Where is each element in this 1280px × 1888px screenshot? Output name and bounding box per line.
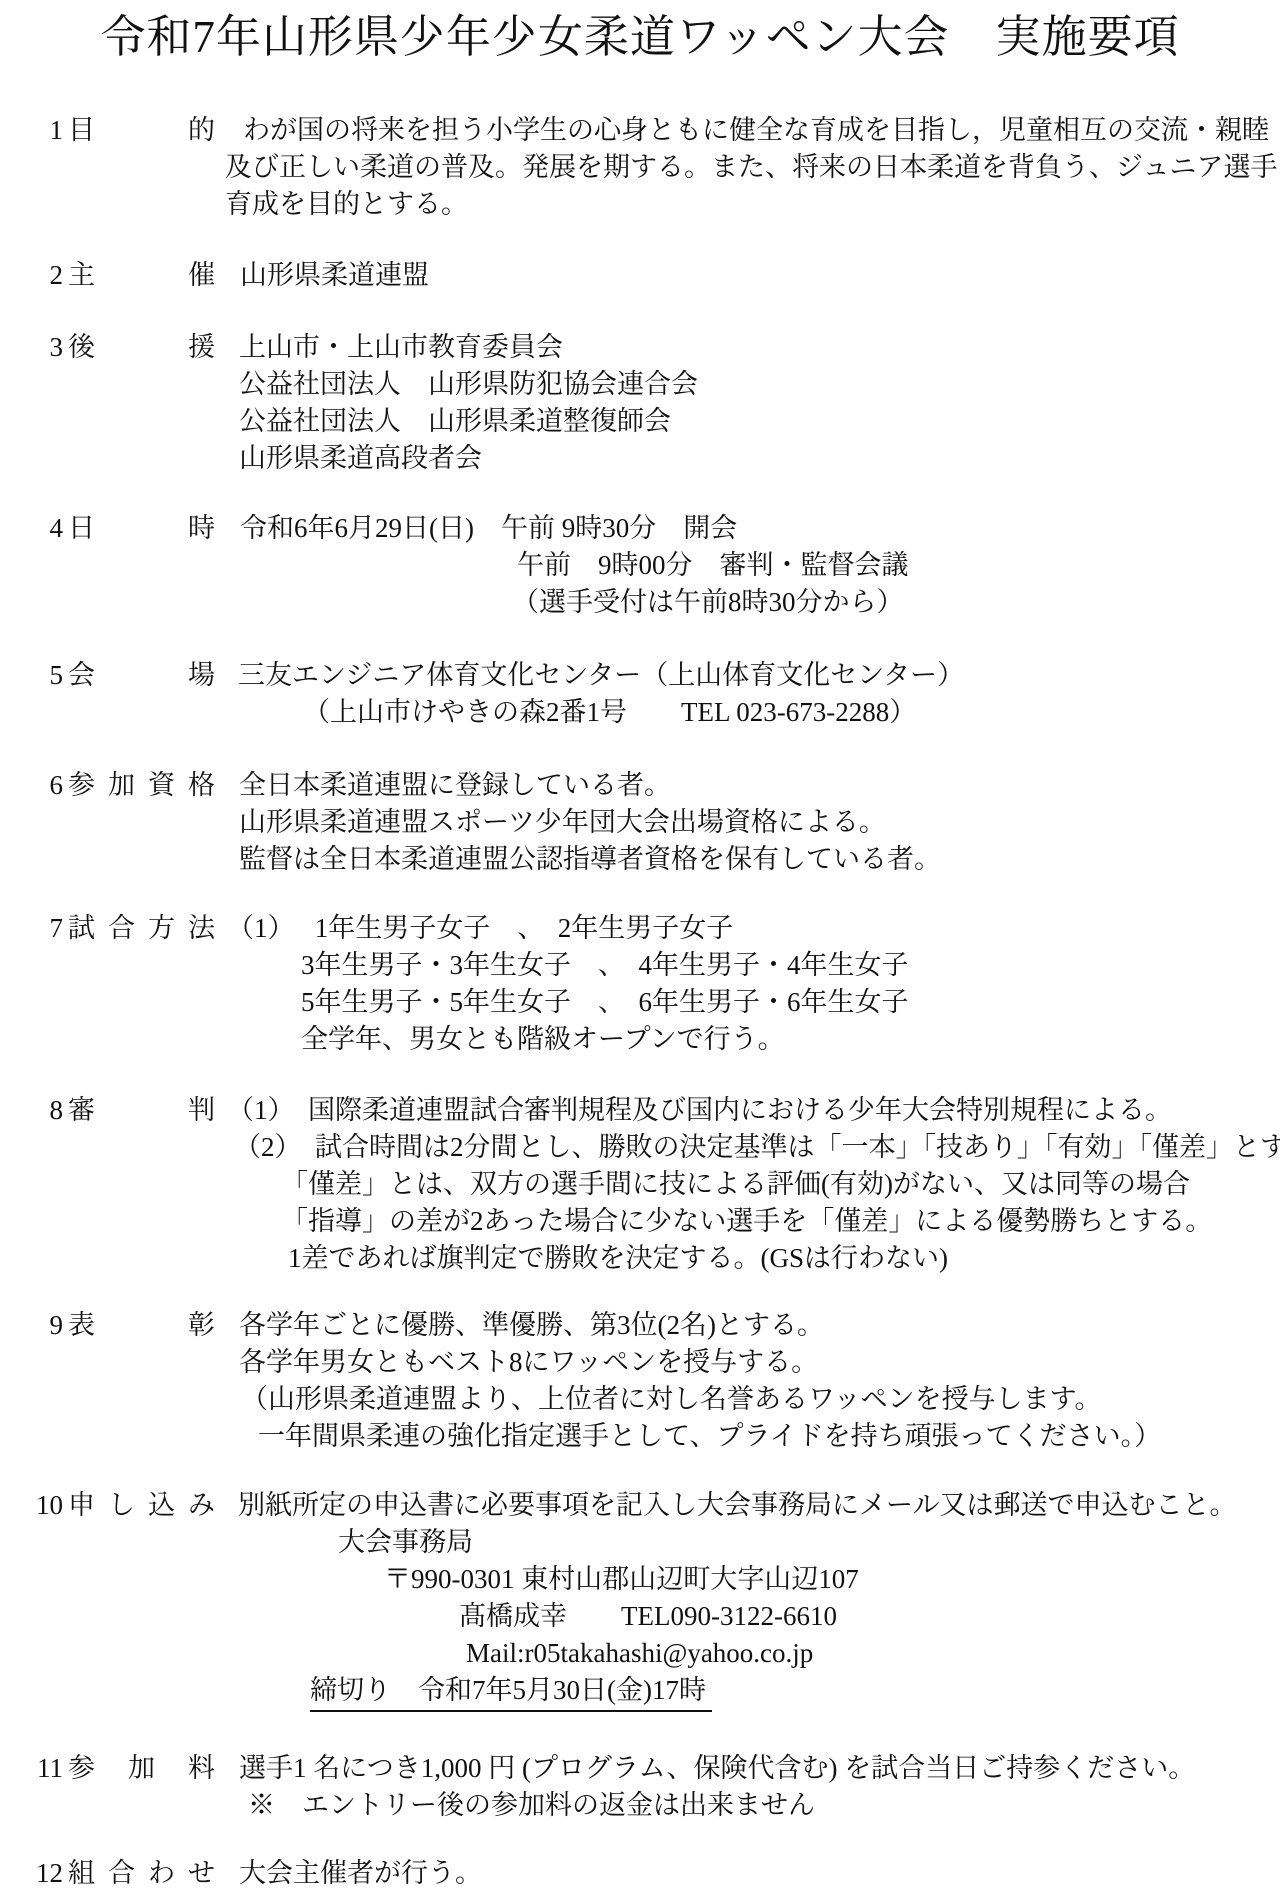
content-line: （1） 国際柔道連盟試合審判規程及び国内における少年大会特別規程による。 xyxy=(225,1092,1280,1129)
section-content: 別紙所定の申込書に必要事項を記入し大会事務局にメール又は郵送で申込むこと。大会事… xyxy=(225,1487,1280,1712)
section-content: 上山市・上山市教育委員会公益社団法人 山形県防犯協会連合会公益社団法人 山形県柔… xyxy=(225,329,1280,477)
section-label: 会場 xyxy=(68,657,215,694)
content-line: （選手受付は午前8時30分から） xyxy=(225,584,1280,621)
section-number: 5 xyxy=(33,657,63,694)
section-3: 3後援上山市・上山市教育委員会公益社団法人 山形県防犯協会連合会公益社団法人 山… xyxy=(33,329,1280,477)
content-line: 午前 9時00分 審判・監督会議 xyxy=(225,547,1280,584)
section-content: （1） 国際柔道連盟試合審判規程及び国内における少年大会特別規程による。（2） … xyxy=(225,1092,1280,1277)
content-line: 各学年男女ともベスト8にワッペンを授与する。 xyxy=(225,1344,1280,1381)
content-line: 髙橋成幸 TEL090-3122-6610 xyxy=(225,1598,1280,1635)
section-content: 全日本柔道連盟に登録している者。山形県柔道連盟スポーツ少年団大会出場資格による。… xyxy=(225,767,1280,878)
section-label: 申し込み xyxy=(68,1487,215,1524)
document-page: 令和7年山形県少年少女柔道ワッペン大会 実施要項 1目的わが国の将来を担う小学生… xyxy=(0,0,1280,1888)
section-content: 各学年ごとに優勝、準優勝、第3位(2名)とする。各学年男女ともベスト8にワッペン… xyxy=(225,1307,1280,1455)
section-number: 3 xyxy=(33,329,63,366)
section-11: 11参加料選手1 名につき1,000 円 (プログラム、保険代含む) を試合当日… xyxy=(33,1750,1280,1824)
content-line: 全学年、男女とも階級オープンで行う。 xyxy=(225,1021,1280,1058)
content-line: ※ エントリー後の参加料の返金は出来ません xyxy=(225,1787,1280,1824)
content-line: 三友エンジニア体育文化センター（上山体育文化センター） xyxy=(225,657,1280,694)
section-number: 2 xyxy=(33,257,63,294)
content-line: 山形県柔道連盟 xyxy=(225,257,1280,294)
section-label: 試合方法 xyxy=(68,910,215,947)
content-line: 1差であれば旗判定で勝敗を決定する。(GSは行わない) xyxy=(225,1240,1280,1277)
content-line: 別紙所定の申込書に必要事項を記入し大会事務局にメール又は郵送で申込むこと。 xyxy=(225,1487,1280,1524)
content-line: 公益社団法人 山形県柔道整復師会 xyxy=(225,403,1280,440)
content-line: 一年間県柔連の強化指定選手として、プライドを持ち頑張ってください。） xyxy=(225,1418,1280,1455)
section-1: 1目的わが国の将来を担う小学生の心身ともに健全な育成を目指し，児童相互の交流・親… xyxy=(33,112,1280,223)
section-label: 主催 xyxy=(68,257,215,294)
section-4: 4日時令和6年6月29日(日) 午前 9時30分 開会午前 9時00分 審判・監… xyxy=(33,510,1280,621)
section-content: （1） 1年生男子女子 、 2年生男子女子3年生男子・3年生女子 、 4年生男子… xyxy=(225,910,1280,1058)
section-content: 選手1 名につき1,000 円 (プログラム、保険代含む) を試合当日ご持参くだ… xyxy=(225,1750,1280,1824)
section-label: 参加資格 xyxy=(68,767,215,804)
content-line: （上山市けやきの森2番1号 TEL 023-673-2288） xyxy=(225,694,1280,731)
section-label: 参加料 xyxy=(68,1750,215,1787)
content-line: 「指導」の差が2あった場合に少ない選手を「僅差」による優勢勝ちとする。 xyxy=(225,1203,1280,1240)
section-number: 8 xyxy=(33,1092,63,1129)
content-line: 令和6年6月29日(日) 午前 9時30分 開会 xyxy=(225,510,1280,547)
section-label: 表彰 xyxy=(68,1307,215,1344)
content-line: Mail:r05takahashi@yahoo.co.jp xyxy=(225,1635,1280,1672)
section-10: 10申し込み別紙所定の申込書に必要事項を記入し大会事務局にメール又は郵送で申込む… xyxy=(33,1487,1280,1712)
section-content: わが国の将来を担う小学生の心身ともに健全な育成を目指し，児童相互の交流・親睦及び… xyxy=(225,112,1280,223)
section-label: 後援 xyxy=(68,329,215,366)
section-number: 1 xyxy=(33,112,63,149)
section-number: 7 xyxy=(33,910,63,947)
section-content: 大会主催者が行う。 xyxy=(225,1855,1280,1888)
section-9: 9表彰各学年ごとに優勝、準優勝、第3位(2名)とする。各学年男女ともベスト8にワ… xyxy=(33,1307,1280,1455)
section-label: 審判 xyxy=(68,1092,215,1129)
sections: 1目的わが国の将来を担う小学生の心身ともに健全な育成を目指し，児童相互の交流・親… xyxy=(33,112,1280,1888)
content-line: わが国の将来を担う小学生の心身ともに健全な育成を目指し，児童相互の交流・親睦 xyxy=(225,112,1280,149)
section-2: 2主催山形県柔道連盟 xyxy=(33,257,1280,294)
section-number: 4 xyxy=(33,510,63,547)
section-number: 6 xyxy=(33,767,63,804)
content-line: 大会事務局 xyxy=(225,1524,1280,1561)
content-line: 及び正しい柔道の普及。発展を期する。また、将来の日本柔道を背負う、ジュニア選手 xyxy=(225,149,1280,186)
content-line: （1） 1年生男子女子 、 2年生男子女子 xyxy=(225,910,1280,947)
document-title: 令和7年山形県少年少女柔道ワッペン大会 実施要項 xyxy=(33,6,1247,68)
content-line: 5年生男子・5年生女子 、 6年生男子・6年生女子 xyxy=(225,984,1280,1021)
content-line: 山形県柔道連盟スポーツ少年団大会出場資格による。 xyxy=(225,804,1280,841)
section-content: 山形県柔道連盟 xyxy=(225,257,1280,294)
section-content: 令和6年6月29日(日) 午前 9時30分 開会午前 9時00分 審判・監督会議… xyxy=(225,510,1280,621)
content-line: （山形県柔道連盟より、上位者に対し名誉あるワッペンを授与します。 xyxy=(225,1381,1280,1418)
content-line: 公益社団法人 山形県防犯協会連合会 xyxy=(225,366,1280,403)
content-line: 上山市・上山市教育委員会 xyxy=(225,329,1280,366)
content-line: 育成を目的とする。 xyxy=(225,186,1280,223)
section-label: 目的 xyxy=(68,112,215,149)
section-number: 10 xyxy=(33,1487,63,1524)
section-5: 5会場三友エンジニア体育文化センター（上山体育文化センター）（上山市けやきの森2… xyxy=(33,657,1280,731)
section-8: 8審判（1） 国際柔道連盟試合審判規程及び国内における少年大会特別規程による。（… xyxy=(33,1092,1280,1277)
content-line: 締切り 令和7年5月30日(金)17時 xyxy=(225,1672,1280,1712)
section-6: 6参加資格全日本柔道連盟に登録している者。山形県柔道連盟スポーツ少年団大会出場資… xyxy=(33,767,1280,878)
section-label: 組合わせ xyxy=(68,1855,215,1888)
section-7: 7試合方法（1） 1年生男子女子 、 2年生男子女子3年生男子・3年生女子 、 … xyxy=(33,910,1280,1058)
deadline-underlined-text: 締切り 令和7年5月30日(金)17時 xyxy=(310,1672,712,1712)
content-line: 全日本柔道連盟に登録している者。 xyxy=(225,767,1280,804)
content-line: 〒990-0301 東村山郡山辺町大字山辺107 xyxy=(225,1561,1280,1598)
section-content: 三友エンジニア体育文化センター（上山体育文化センター）（上山市けやきの森2番1号… xyxy=(225,657,1280,731)
content-line: 「僅差」とは、双方の選手間に技による評価(有効)がない、又は同等の場合 xyxy=(225,1166,1280,1203)
content-line: 各学年ごとに優勝、準優勝、第3位(2名)とする。 xyxy=(225,1307,1280,1344)
content-line: （2） 試合時間は2分間とし、勝敗の決定基準は「一本」「技あり」「有効」「僅差」… xyxy=(225,1129,1280,1166)
content-line: 大会主催者が行う。 xyxy=(225,1855,1280,1888)
content-line: 山形県柔道高段者会 xyxy=(225,440,1280,477)
content-line: 3年生男子・3年生女子 、 4年生男子・4年生女子 xyxy=(225,947,1280,984)
content-line: 監督は全日本柔道連盟公認指導者資格を保有している者。 xyxy=(225,841,1280,878)
section-number: 11 xyxy=(33,1750,63,1787)
section-number: 12 xyxy=(33,1855,63,1888)
section-number: 9 xyxy=(33,1307,63,1344)
content-line: 選手1 名につき1,000 円 (プログラム、保険代含む) を試合当日ご持参くだ… xyxy=(225,1750,1280,1787)
section-label: 日時 xyxy=(68,510,215,547)
section-12: 12組合わせ大会主催者が行う。 xyxy=(33,1855,1280,1888)
